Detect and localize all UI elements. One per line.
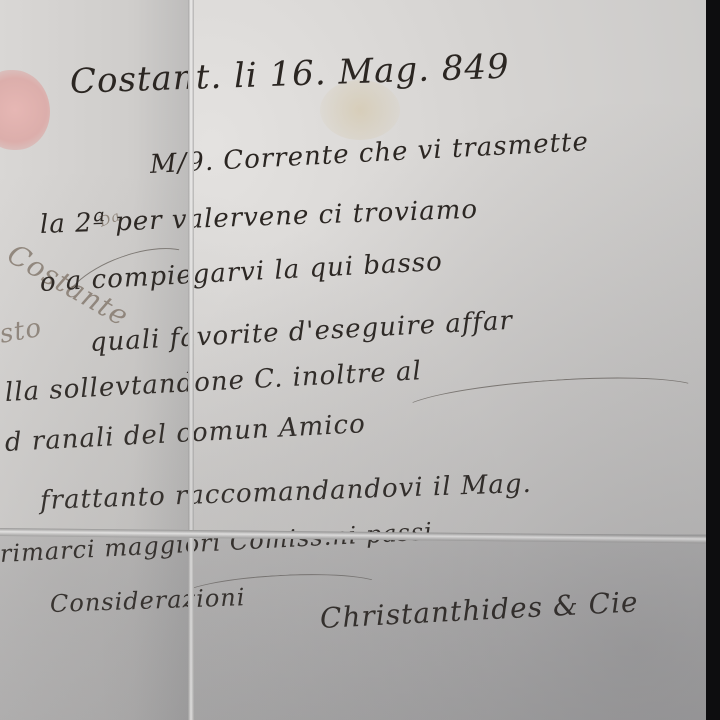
- flourish-stroke: [399, 370, 703, 433]
- letter-paper: Costante sto Da Costant. li 16. Mag. 849…: [0, 0, 706, 720]
- vertical-fold-crease: [188, 0, 194, 720]
